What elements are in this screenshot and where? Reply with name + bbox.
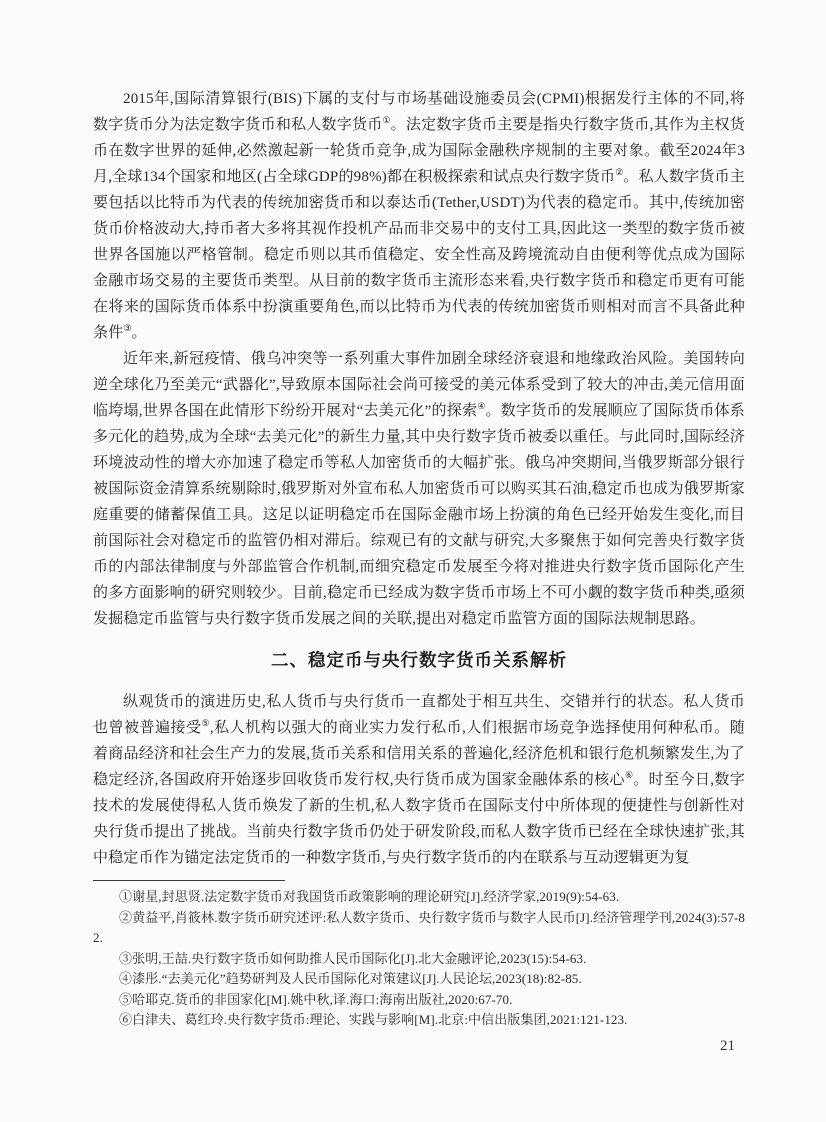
intro-paragraph-2: 近年来,新冠疫情、俄乌冲突等一系列重大事件加剧全球经济衰退和地缘政治风险。美国转… xyxy=(93,346,745,632)
footnote-4: ④漆彤.“去美元化”趋势研判及人民币国际化对策建议[J].人民论坛,2023(1… xyxy=(93,969,745,990)
footnote-separator xyxy=(93,880,285,881)
footnote-1: ①谢星,封思贤.法定数字货币对我国货币政策影响的理论研究[J].经济学家,201… xyxy=(93,887,745,908)
page-number: 21 xyxy=(720,1038,735,1055)
footnote-3: ③张明,王喆.央行数字货币如何助推人民币国际化[J].北大金融评论,2023(1… xyxy=(93,949,745,970)
document-page: 2015年,国际清算银行(BIS)下属的支付与市场基础设施委员会(CPMI)根据… xyxy=(0,0,826,1122)
page-content: 2015年,国际清算银行(BIS)下属的支付与市场基础设施委员会(CPMI)根据… xyxy=(93,86,745,1031)
body-paragraph-1: 纵观货币的演进历史,私人货币与央行货币一直都处于相互共生、交错并行的状态。私人货… xyxy=(93,689,745,871)
footnotes-block: ①谢星,封思贤.法定数字货币对我国货币政策影响的理论研究[J].经济学家,201… xyxy=(93,880,745,1031)
footnote-2: ②黄益平,肖筱林.数字货币研究述评:私人数字货币、央行数字货币与数字人民币[J]… xyxy=(93,908,745,949)
footnote-6: ⑥白津夫、葛红玲.央行数字货币:理论、实践与影响[M].北京:中信出版集团,20… xyxy=(93,1010,745,1031)
section-heading: 二、稳定币与央行数字货币关系解析 xyxy=(93,647,745,672)
intro-paragraph-1: 2015年,国际清算银行(BIS)下属的支付与市场基础设施委员会(CPMI)根据… xyxy=(93,86,745,346)
footnote-5: ⑤哈耶克.货币的非国家化[M].姚中秋,译.海口:海南出版社,2020:67-7… xyxy=(93,990,745,1011)
